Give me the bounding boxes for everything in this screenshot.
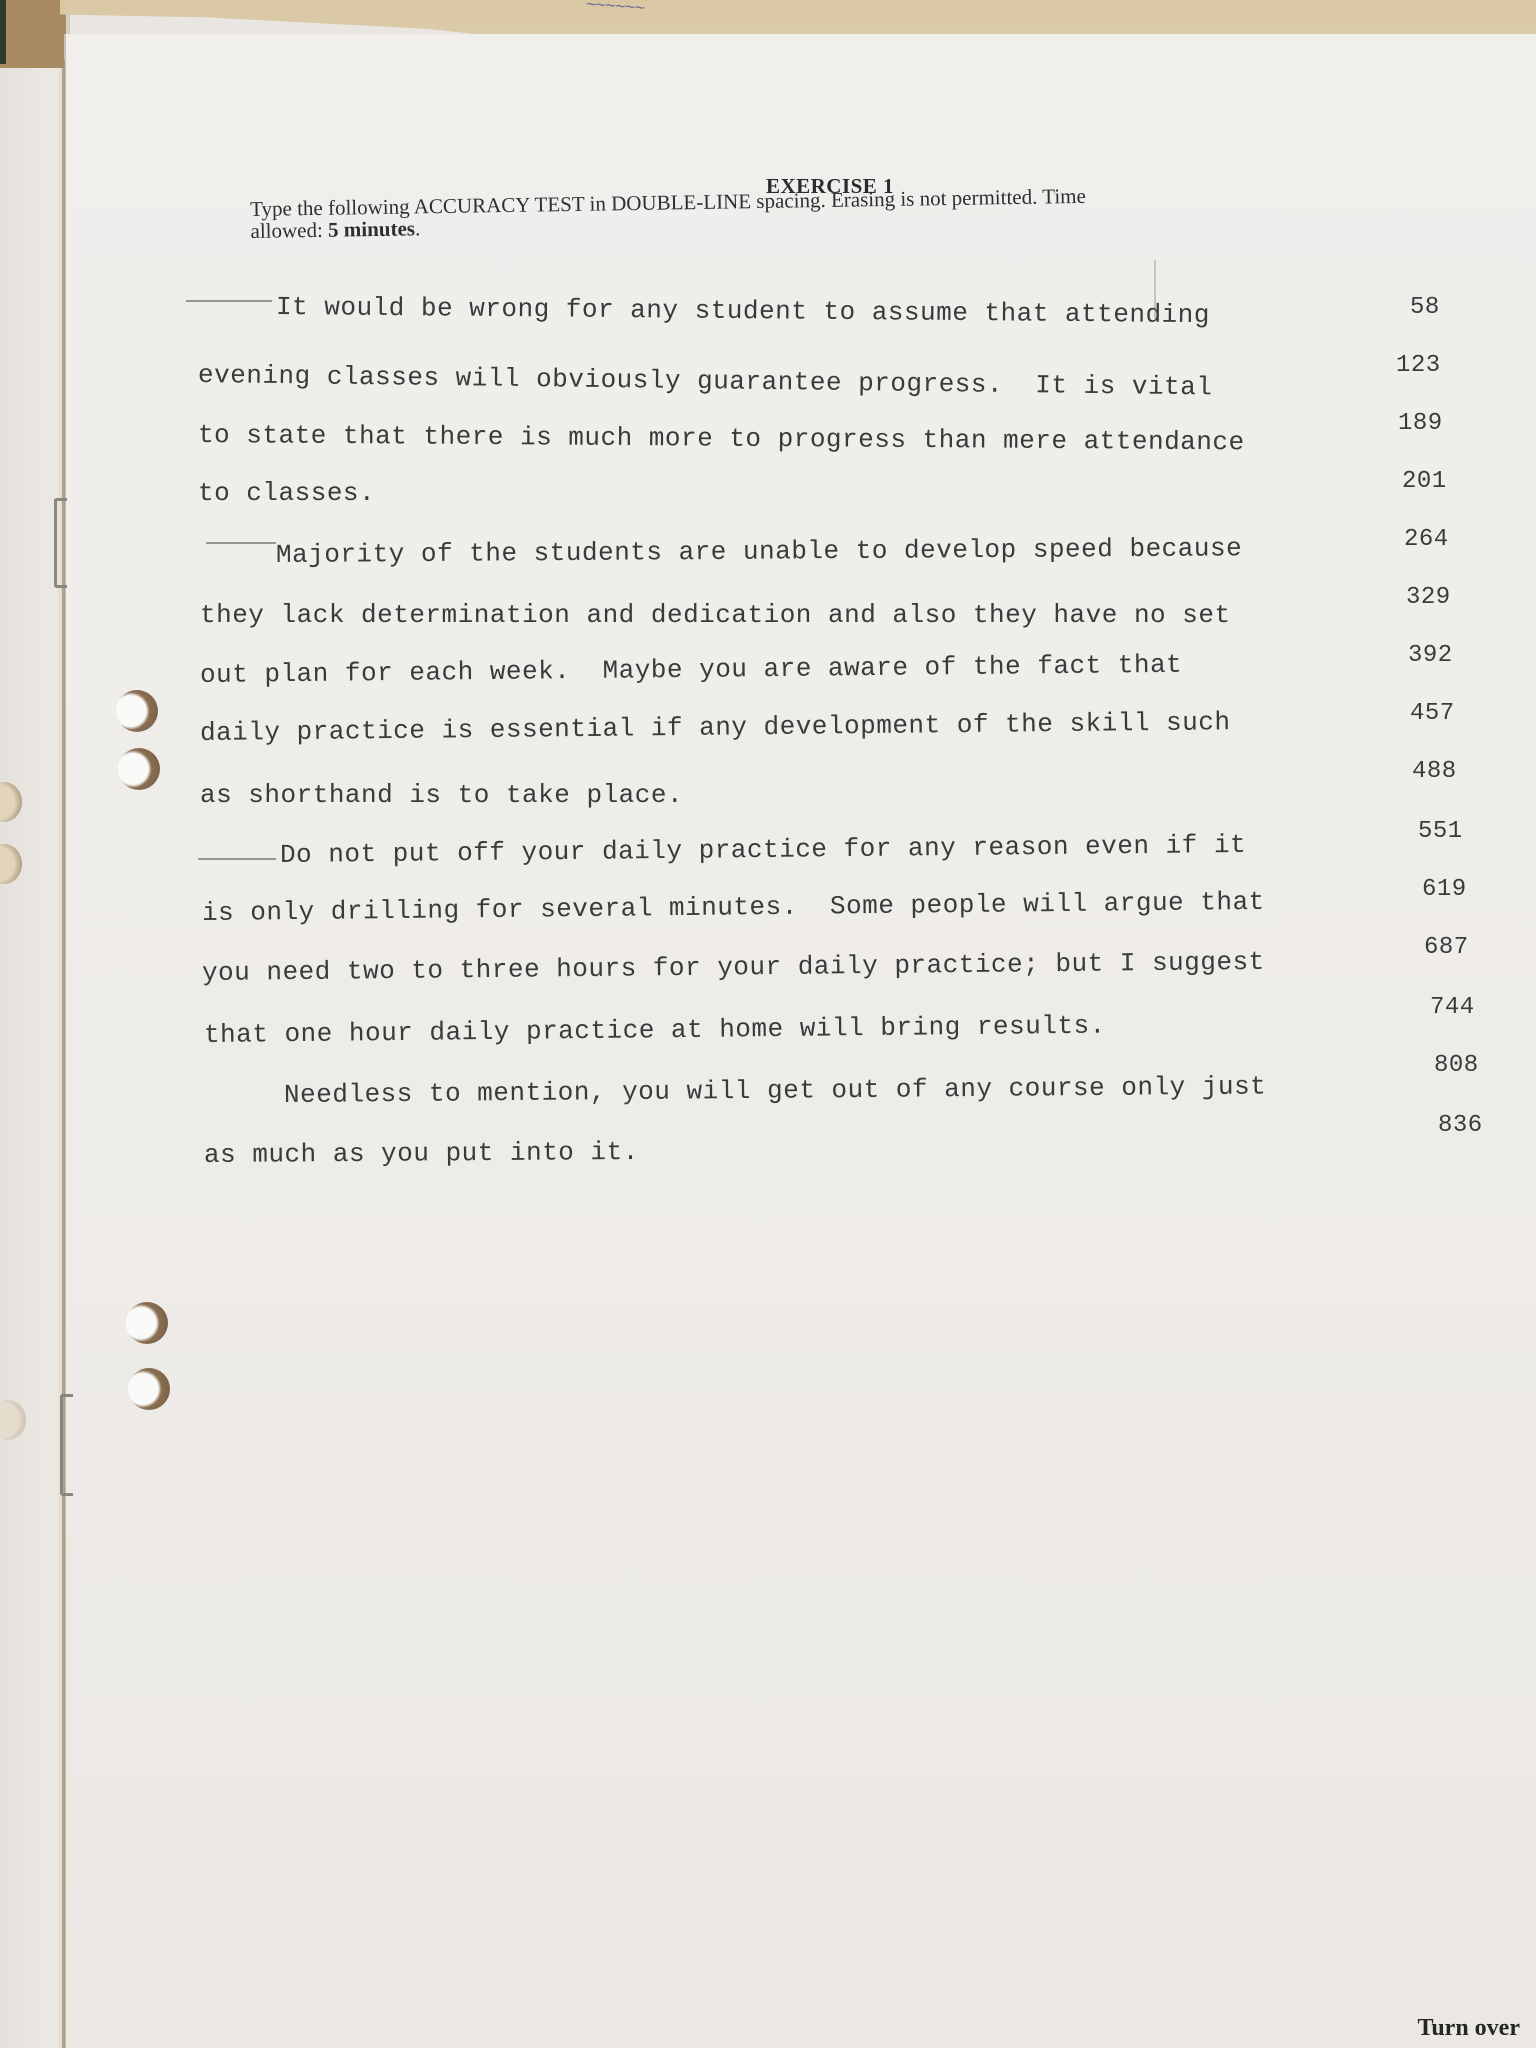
word-count: 201 — [1402, 468, 1447, 495]
word-count: 123 — [1396, 352, 1441, 379]
passage-line: to classes. — [198, 478, 375, 508]
word-count: 488 — [1412, 758, 1457, 785]
punch-hole-icon — [128, 1368, 170, 1410]
passage-line: they lack determination and dedication a… — [200, 600, 1231, 630]
word-count: 687 — [1424, 934, 1469, 961]
passage-line: as shorthand is to take place. — [200, 780, 683, 810]
word-count: 836 — [1438, 1112, 1483, 1139]
punch-hole-icon — [116, 690, 158, 732]
pencil-dash — [206, 542, 276, 544]
background-edge — [0, 0, 6, 64]
staple-icon — [54, 498, 67, 588]
pencil-dash — [186, 300, 272, 302]
word-count: 744 — [1430, 994, 1475, 1021]
word-count: 808 — [1434, 1052, 1479, 1079]
passage-line: as much as you put into it. — [204, 1137, 639, 1170]
word-count: 58 — [1410, 294, 1440, 321]
word-count: 329 — [1406, 584, 1451, 611]
staple-icon — [60, 1394, 73, 1496]
underlying-sheet — [0, 0, 70, 2048]
word-count: 619 — [1422, 876, 1467, 903]
punch-hole-icon — [118, 748, 160, 790]
turn-over-note: Turn over — [1418, 2015, 1520, 2042]
word-count: 264 — [1404, 526, 1449, 553]
word-count: 457 — [1410, 700, 1455, 727]
folder-corner — [0, 0, 66, 68]
word-count: 551 — [1418, 818, 1463, 845]
word-count: 189 — [1398, 410, 1443, 437]
punch-hole-icon — [126, 1302, 168, 1344]
pencil-dash — [198, 858, 276, 860]
binding-fold — [62, 60, 65, 2048]
word-count: 392 — [1408, 642, 1453, 669]
time-allowed: 5 minutes — [328, 216, 415, 241]
